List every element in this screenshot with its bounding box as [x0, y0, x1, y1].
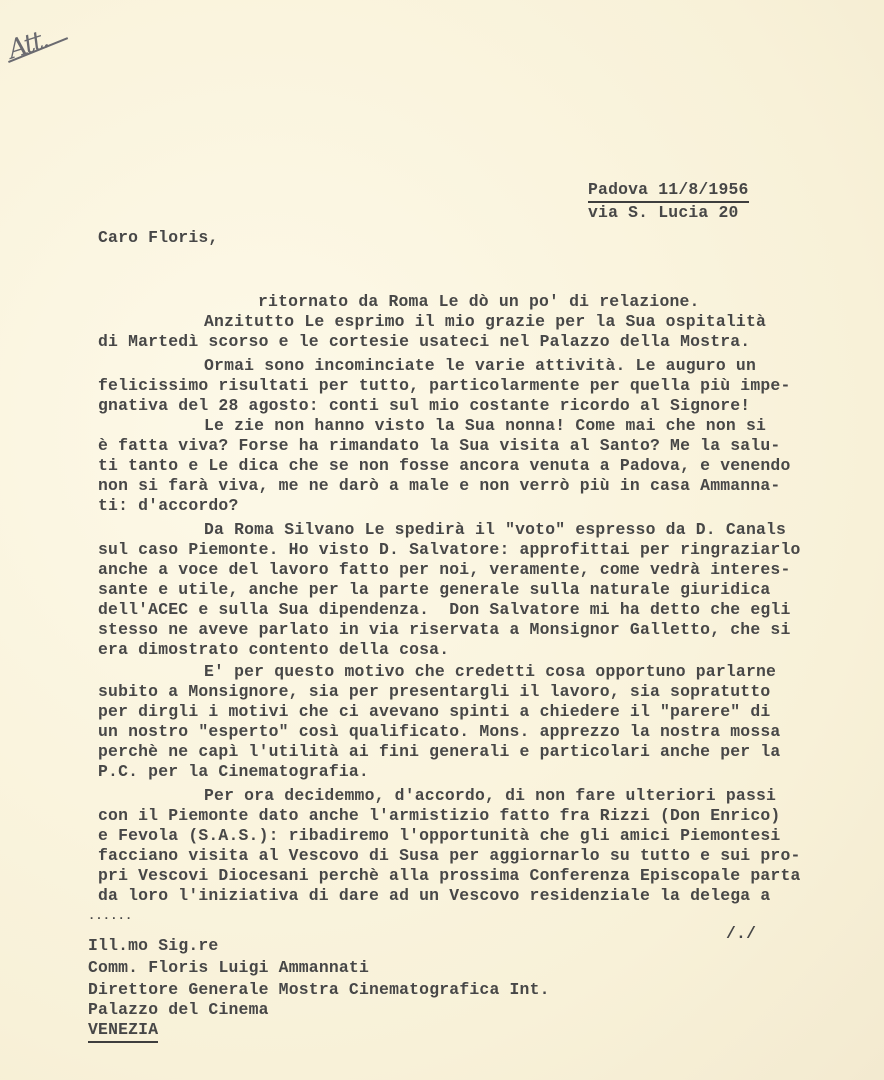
recipient-name: Comm. Floris Luigi Ammannati — [88, 958, 369, 978]
body-line: anche a voce del lavoro fatto per noi, v… — [98, 560, 790, 580]
body-line: un nostro "esperto" così qualificato. Mo… — [98, 722, 780, 742]
body-line: facciano visita al Vescovo di Susa per a… — [98, 846, 801, 866]
recipient-venue: Palazzo del Cinema — [88, 1000, 269, 1020]
date-block: Padova 11/8/1956 via S. Lucia 20 — [588, 180, 749, 223]
sender-address: via S. Lucia 20 — [588, 203, 749, 223]
body-line: sante e utile, anche per la parte genera… — [98, 580, 770, 600]
body-line: con il Piemonte dato anche l'armistizio … — [98, 806, 780, 826]
handwritten-annotation: Att. — [4, 25, 51, 66]
salutation: Caro Floris, — [98, 228, 218, 248]
body-line: ti tanto e Le dica che se non fosse anco… — [98, 456, 790, 476]
body-line: perchè ne capì l'utilità ai fini general… — [98, 742, 780, 762]
body-line: è fatta viva? Forse ha rimandato la Sua … — [98, 436, 780, 456]
body-line: di Martedì scorso e le cortesie usateci … — [98, 332, 750, 352]
body-line: era dimostrato contento della cosa. — [98, 640, 449, 660]
body-line: Le zie non hanno visto la Sua nonna! Com… — [204, 416, 766, 436]
body-line: ritornato da Roma Le dò un po' di relazi… — [258, 292, 700, 312]
body-line: Anzitutto Le esprimo il mio grazie per l… — [204, 312, 766, 332]
body-line: e Fevola (S.A.S.): ribadiremo l'opportun… — [98, 826, 780, 846]
body-line: per dirgli i motivi che ci avevano spint… — [98, 702, 770, 722]
continuation-mark: /./ — [726, 924, 756, 944]
body-line: Da Roma Silvano Le spedirà il "voto" esp… — [204, 520, 786, 540]
body-line: E' per questo motivo che credetti cosa o… — [204, 662, 776, 682]
body-line: sul caso Piemonte. Ho visto D. Salvatore… — [98, 540, 801, 560]
body-line: gnativa del 28 agosto: conti sul mio cos… — [98, 396, 750, 416]
body-line: pri Vescovi Diocesani perchè alla prossi… — [98, 866, 801, 886]
letter-page: Att. Padova 11/8/1956 via S. Lucia 20 Ca… — [0, 0, 884, 1080]
body-line: P.C. per la Cinematografia. — [98, 762, 369, 782]
recipient-position: Direttore Generale Mostra Cinematografic… — [88, 980, 550, 1000]
body-line: da loro l'iniziativa di dare ad un Vesco… — [98, 886, 770, 906]
body-line-ellipsis: ...... — [88, 906, 132, 926]
body-line: ti: d'accordo? — [98, 496, 239, 516]
body-line: Per ora decidemmo, d'accordo, di non far… — [204, 786, 776, 806]
body-line: subito a Monsignore, sia per presentargl… — [98, 682, 770, 702]
recipient-city: VENEZIA — [88, 1020, 158, 1043]
recipient-title: Ill.mo Sig.re — [88, 936, 218, 956]
body-line: stesso ne aveve parlato in via riservata… — [98, 620, 790, 640]
body-line: non si farà viva, me ne darò a male e no… — [98, 476, 780, 496]
body-line: felicissimo risultati per tutto, partico… — [98, 376, 790, 396]
body-line: Ormai sono incominciate le varie attivit… — [204, 356, 756, 376]
place-date: Padova 11/8/1956 — [588, 180, 749, 203]
body-line: dell'ACEC e sulla Sua dipendenza. Don Sa… — [98, 600, 790, 620]
